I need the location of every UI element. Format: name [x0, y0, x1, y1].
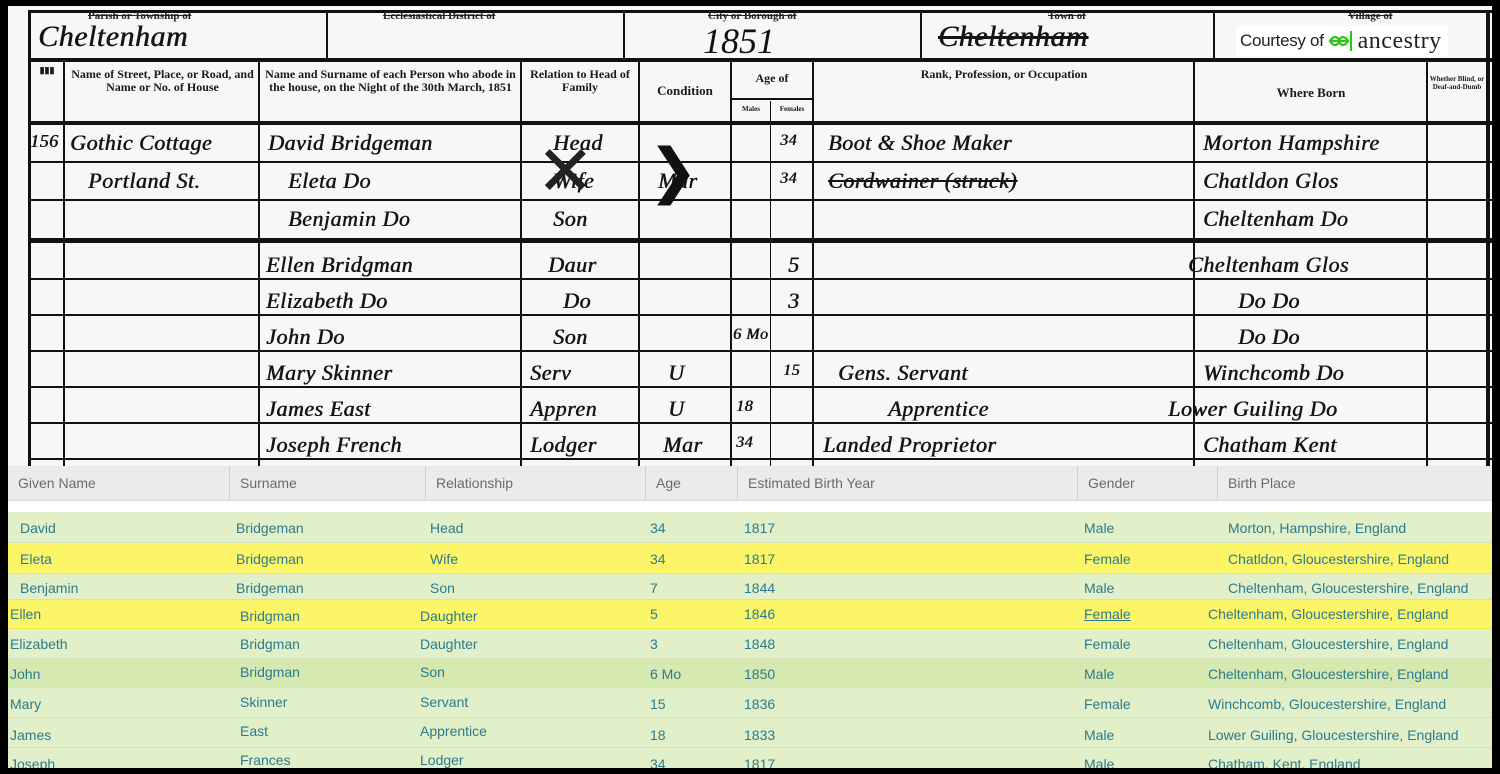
table-row[interactable]: Elizabeth Bridgman Daughter 3 1848 Femal… — [8, 629, 1492, 659]
table-row[interactable]: James East Apprentice 18 1833 Male Lower… — [8, 718, 1492, 748]
hw-age: 34 — [736, 434, 753, 452]
age: 3 — [650, 636, 658, 652]
courtesy-text: Courtesy of — [1240, 31, 1324, 51]
birth-year: 1850 — [744, 666, 775, 682]
hw-born: Morton Hampshire — [1203, 130, 1379, 156]
col-header-given-name[interactable]: Given Name — [8, 466, 230, 500]
hw-relation: Son — [553, 324, 588, 350]
surname: Bridgeman — [236, 580, 304, 596]
hw-age: 6 Mo — [733, 326, 768, 344]
rule — [638, 60, 640, 466]
gender: Male — [1084, 666, 1114, 682]
age: 15 — [650, 696, 666, 712]
gender: Male — [1084, 580, 1114, 596]
given-name[interactable]: Joseph — [10, 756, 55, 768]
col-header-gender[interactable]: Gender — [1078, 466, 1218, 500]
relationship: Son — [420, 664, 445, 680]
rule — [28, 278, 1492, 280]
rule — [326, 10, 328, 60]
birth-year: 1836 — [744, 696, 775, 712]
gender: Female — [1084, 696, 1131, 712]
rule — [1486, 10, 1490, 466]
age: 34 — [650, 756, 666, 768]
hw-occupation: Cordwainer (struck) — [828, 168, 1017, 194]
surname: Bridgman — [240, 608, 300, 624]
hw-relation: Serv — [530, 360, 571, 386]
hw-age: 15 — [783, 362, 800, 380]
hw-name: Mary Skinner — [266, 360, 392, 386]
age: 7 — [650, 580, 658, 596]
hw-name: Benjamin Do — [288, 206, 410, 232]
table-row[interactable]: Joseph Frances Lodger 34 1817 Male Chath… — [8, 748, 1492, 768]
relationship: Servant — [420, 694, 468, 710]
rule — [63, 60, 65, 466]
gender-link[interactable]: Female — [1084, 606, 1131, 622]
hw-schedule: 156 — [30, 131, 59, 152]
hw-born: Cheltenham Glos — [1188, 252, 1349, 278]
given-name[interactable]: Mary — [10, 696, 41, 712]
birth-place: Chatham, Kent, England — [1208, 756, 1361, 768]
surname: Bridgman — [240, 664, 300, 680]
table-row[interactable]: John Bridgman Son 6 Mo 1850 Male Chelten… — [8, 659, 1492, 688]
col-schedule-header: ▮▮▮ — [32, 66, 62, 76]
birth-place: Cheltenham, Gloucestershire, England — [1208, 666, 1448, 682]
cross-mark: ✕ — [536, 136, 595, 206]
col-age-males-header: Males — [732, 106, 770, 114]
rule — [28, 422, 1492, 424]
hw-occupation: Gens. Servant — [838, 360, 968, 386]
relationship: Daughter — [420, 636, 478, 652]
col-header-birth-year[interactable]: Estimated Birth Year — [738, 466, 1078, 500]
hw-name: Elizabeth Do — [266, 288, 388, 314]
hw-born: Chatldon Glos — [1203, 168, 1338, 194]
surname: Bridgeman — [236, 551, 304, 567]
col-blind-header: Whether Blind, or Deaf-and-Dumb — [1429, 76, 1485, 91]
hw-born: Cheltenham Do — [1203, 206, 1348, 232]
col-condition-header: Condition — [642, 84, 728, 98]
hw-condition: U — [668, 396, 684, 422]
col-relation-header: Relation to Head of Family — [524, 68, 636, 94]
rule — [520, 60, 522, 466]
surname: Skinner — [240, 694, 287, 710]
col-header-birth-place[interactable]: Birth Place — [1218, 466, 1492, 500]
table-header: Given Name Surname Relationship Age Esti… — [8, 466, 1492, 501]
col-where-born-header: Where Born — [1198, 86, 1424, 100]
hw-born: Winchcomb Do — [1203, 360, 1344, 386]
table-row[interactable]: Ellen Bridgman Daughter 5 1846 Female Ch… — [8, 600, 1492, 629]
hw-name: David Bridgeman — [268, 130, 433, 156]
rule — [812, 60, 814, 466]
hw-age: 18 — [736, 398, 753, 416]
given-name[interactable]: Benjamin — [20, 580, 78, 596]
header-spacer — [8, 501, 1492, 512]
table-row[interactable]: Benjamin Bridgeman Son 7 1844 Male Chelt… — [8, 574, 1492, 600]
rule — [28, 161, 1492, 163]
hw-age: 34 — [780, 170, 797, 188]
table-row[interactable]: Mary Skinner Servant 15 1836 Female Winc… — [8, 688, 1492, 718]
surname: Bridgeman — [236, 520, 304, 536]
village-label: Village of — [1348, 10, 1393, 22]
given-name[interactable]: David — [20, 520, 56, 536]
gender: Male — [1084, 520, 1114, 536]
birth-place: Cheltenham, Gloucestershire, England — [1228, 580, 1468, 596]
handwritten-parish: Cheltenham — [38, 20, 188, 54]
hw-name: Joseph French — [266, 432, 402, 458]
col-header-surname[interactable]: Surname — [230, 466, 426, 500]
hw-name: James East — [266, 396, 371, 422]
rule — [258, 60, 260, 466]
hw-name: John Do — [266, 324, 345, 350]
given-name[interactable]: James — [10, 727, 51, 743]
birth-place: Cheltenham, Gloucestershire, England — [1208, 606, 1448, 622]
hw-street: Portland St. — [88, 168, 200, 194]
birth-year: 1833 — [744, 727, 775, 743]
birth-year: 1844 — [744, 580, 775, 596]
table-row[interactable]: David Bridgeman Head 34 1817 Male Morton… — [8, 512, 1492, 543]
hw-relation: Lodger — [530, 432, 597, 458]
rule — [1426, 60, 1428, 466]
rule — [28, 458, 1492, 460]
rule — [1213, 10, 1215, 60]
hw-condition: U — [668, 360, 684, 386]
rule — [770, 101, 771, 466]
hw-age: 3 — [788, 288, 800, 314]
birth-year: 1817 — [744, 756, 775, 768]
relationship: Head — [430, 520, 463, 536]
rule — [28, 199, 1492, 201]
hw-relation: Appren — [530, 396, 597, 422]
ancestry-leaf-icon — [1328, 30, 1354, 52]
rule — [28, 121, 1492, 125]
birth-place: Lower Guiling, Gloucestershire, England — [1208, 727, 1459, 743]
cross-mark: ❯ — [648, 126, 698, 216]
birth-year: 1848 — [744, 636, 775, 652]
gender: Male — [1084, 727, 1114, 743]
rule — [920, 10, 922, 60]
rule — [28, 386, 1492, 388]
table-row[interactable]: Eleta Bridgeman Wife 34 1817 Female Chat… — [8, 543, 1492, 574]
birth-year: 1817 — [744, 520, 775, 536]
surname: East — [240, 723, 268, 739]
gender: Female — [1084, 551, 1131, 567]
hw-occupation: Boot & Shoe Maker — [828, 130, 1012, 156]
hw-occupation: Apprentice — [888, 396, 989, 422]
census-year: 1851 — [703, 20, 775, 62]
relationship: Apprentice — [420, 723, 487, 739]
rule — [28, 10, 31, 466]
hw-age: 34 — [780, 132, 797, 150]
col-age-header: Age of — [732, 72, 812, 85]
ancestry-watermark: Courtesy of ancestry — [1236, 26, 1448, 56]
hw-name: Eleta Do — [288, 168, 371, 194]
birth-year: 1846 — [744, 606, 775, 622]
hw-name: Ellen Bridgman — [266, 252, 413, 278]
ecclesiastical-label: Ecclesiastical District of — [383, 10, 495, 22]
transcription-table: Given Name Surname Relationship Age Esti… — [8, 466, 1492, 768]
composite-image: Parish or Township of Ecclesiastical Dis… — [8, 6, 1492, 768]
rule — [623, 10, 625, 60]
relationship: Daughter — [420, 608, 478, 624]
hw-born: Do Do — [1238, 324, 1300, 350]
ancestry-brand: ancestry — [1358, 28, 1442, 55]
rule — [730, 98, 812, 100]
age: 5 — [650, 606, 658, 622]
age: 6 Mo — [650, 666, 681, 682]
col-header-age[interactable]: Age — [646, 466, 738, 500]
hw-occupation: Landed Proprietor — [823, 432, 996, 458]
given-name[interactable]: Eleta — [20, 551, 52, 567]
col-name-header: Name and Surname of each Person who abod… — [263, 68, 518, 94]
relationship: Lodger — [420, 752, 464, 768]
gender: Male — [1084, 756, 1114, 768]
hw-born: Do Do — [1238, 288, 1300, 314]
census-scan: Parish or Township of Ecclesiastical Dis… — [8, 6, 1492, 466]
hw-born: Chatham Kent — [1203, 432, 1337, 458]
birth-place: Morton, Hampshire, England — [1228, 520, 1406, 536]
gender: Female — [1084, 636, 1131, 652]
given-name[interactable]: Elizabeth — [10, 636, 68, 652]
age: 34 — [650, 520, 666, 536]
hw-born: Lower Guiling Do — [1168, 396, 1337, 422]
surname: Frances — [240, 752, 291, 768]
hw-condition: Mar — [663, 432, 702, 458]
handwritten-town: Cheltenham — [938, 20, 1088, 54]
relationship: Wife — [430, 551, 458, 567]
given-name[interactable]: John — [10, 666, 40, 682]
birth-year: 1817 — [744, 551, 775, 567]
hw-age: 5 — [788, 252, 800, 278]
hw-relation: Daur — [548, 252, 596, 278]
col-header-relationship[interactable]: Relationship — [426, 466, 646, 500]
birth-place: Cheltenham, Gloucestershire, England — [1208, 636, 1448, 652]
hw-street: Gothic Cottage — [70, 130, 212, 156]
birth-place: Winchcomb, Gloucestershire, England — [1208, 696, 1446, 712]
given-name[interactable]: Ellen — [10, 606, 41, 622]
rule — [28, 314, 1492, 316]
col-age-females-header: Females — [772, 106, 812, 114]
hw-relation: Do — [563, 288, 591, 314]
col-occupation-header: Rank, Profession, or Occupation — [818, 68, 1190, 81]
relationship: Son — [430, 580, 455, 596]
rule — [28, 350, 1492, 352]
age: 18 — [650, 727, 666, 743]
age: 34 — [650, 551, 666, 567]
rule — [730, 60, 732, 466]
surname: Bridgman — [240, 636, 300, 652]
rule — [28, 238, 1492, 243]
birth-place: Chatldon, Gloucestershire, England — [1228, 551, 1449, 567]
col-street-header: Name of Street, Place, or Road, and Name… — [70, 68, 255, 94]
